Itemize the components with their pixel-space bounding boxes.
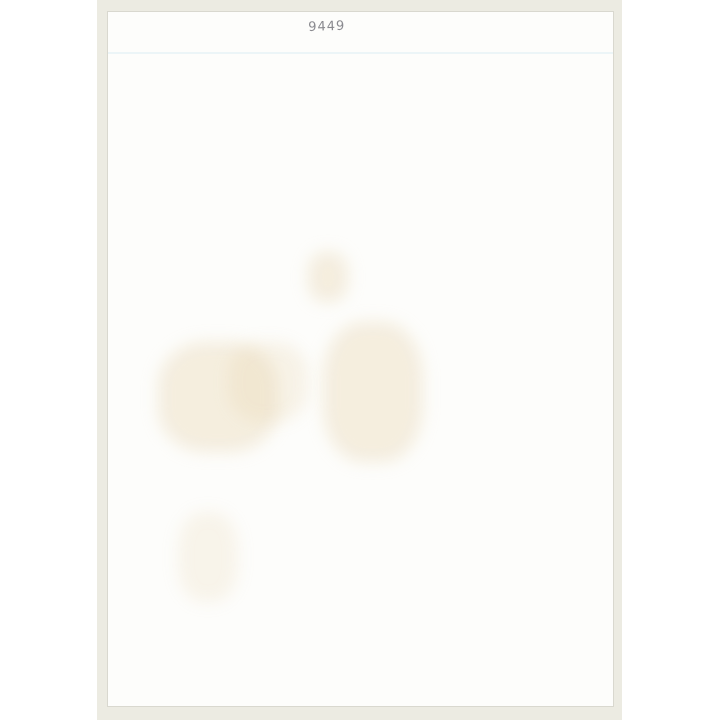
card-surface-sheen (108, 52, 613, 54)
paper-card (108, 12, 613, 706)
foxing-stain (228, 342, 308, 422)
foxing-stain (308, 252, 348, 302)
foxing-stain (323, 322, 423, 462)
foxing-stain (178, 512, 238, 602)
scan-area: 9449 (0, 0, 720, 720)
handwritten-number: 9449 (308, 19, 346, 35)
